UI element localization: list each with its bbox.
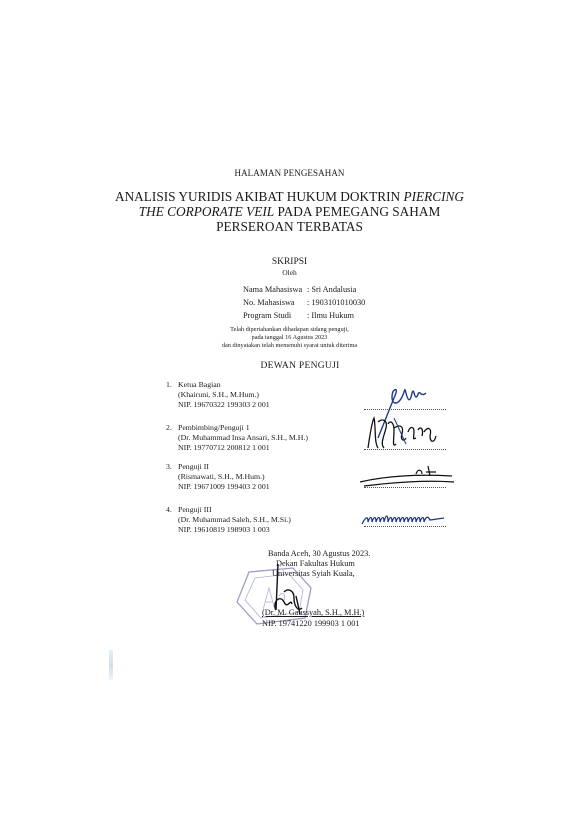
by-label: Oleh bbox=[0, 268, 579, 277]
institution: Universitas Syiah Kuala, bbox=[268, 569, 370, 579]
signature-4-icon bbox=[358, 510, 458, 530]
dean-position: Dekan Fakultas Hukum bbox=[268, 559, 370, 569]
student-name: : Sri Andalusia bbox=[307, 285, 356, 294]
dean-nip: NIP. 19741220 199903 1 001 bbox=[262, 619, 360, 628]
student-name-row: Nama Mahasiswa: Sri Andalusia bbox=[243, 285, 356, 294]
closing-block: Banda Aceh, 30 Agustus 2023. Dekan Fakul… bbox=[268, 549, 370, 579]
page-heading: HALAMAN PENGESAHAN bbox=[0, 168, 579, 178]
student-number-row: No. Mahasiswa: 1903101010030 bbox=[243, 298, 365, 307]
examiner-role: Penguji III bbox=[178, 505, 291, 515]
board-title: DEWAN PENGUJI bbox=[0, 361, 579, 371]
examiner-nip: NIP. 19670322 199303 2 001 bbox=[178, 400, 270, 410]
title-line-2: THE CORPORATE VEIL PADA PEMEGANG SAHAM bbox=[0, 204, 579, 219]
examiner-role: Penguji II bbox=[178, 462, 270, 472]
field-label: No. Mahasiswa bbox=[243, 298, 307, 307]
examiner-nip: NIP. 19770712 200812 1 001 bbox=[178, 443, 308, 453]
title-line-1: ANALISIS YURIDIS AKIBAT HUKUM DOKTRIN PI… bbox=[0, 189, 579, 204]
examiner-nip: NIP. 19671009 199403 2 001 bbox=[178, 482, 270, 492]
field-label: Program Studi bbox=[243, 311, 307, 320]
title-line-3: PERSEROAN TERBATAS bbox=[0, 219, 579, 234]
signature-3-icon bbox=[356, 462, 456, 492]
thesis-title: ANALISIS YURIDIS AKIBAT HUKUM DOKTRIN PI… bbox=[0, 189, 579, 234]
examiner-role: Ketua Bagian bbox=[178, 380, 270, 390]
signature-2-icon bbox=[364, 414, 454, 454]
examiner-1: 1. Ketua Bagian (Khairuni, S.H., M.Hum.)… bbox=[178, 380, 270, 410]
examiner-role: Pembimbing/Penguji 1 bbox=[178, 423, 308, 433]
study-program: : Ilmu Hukum bbox=[307, 311, 354, 320]
defense-note: Telah dipertahankan dihadapan sidang pen… bbox=[0, 326, 579, 350]
examiner-name: (Khairuni, S.H., M.Hum.) bbox=[178, 390, 270, 400]
document-type: SKRIPSI bbox=[0, 257, 579, 267]
examiner-name: (Dr. Muhammad Insa Ansari, S.H., M.H.) bbox=[178, 433, 308, 443]
examiner-2: 2. Pembimbing/Penguji 1 (Dr. Muhammad In… bbox=[178, 423, 308, 453]
student-number: : 1903101010030 bbox=[307, 298, 365, 307]
field-label: Nama Mahasiswa bbox=[243, 285, 307, 294]
examiner-name: (Dr. Muhammad Saleh, S.H., M.Si.) bbox=[178, 515, 291, 525]
place-date: Banda Aceh, 30 Agustus 2023. bbox=[268, 549, 370, 559]
scan-smudge bbox=[109, 650, 113, 680]
examiner-nip: NIP. 19610819 198903 1 003 bbox=[178, 525, 291, 535]
examiner-4: 4. Penguji III (Dr. Muhammad Saleh, S.H.… bbox=[178, 505, 291, 535]
study-program-row: Program Studi: Ilmu Hukum bbox=[243, 311, 354, 320]
examiner-name: (Rismawati, S.H., M.Hum.) bbox=[178, 472, 270, 482]
dean-name: (Dr. M. Gaussyah, S.H., M.H.) bbox=[262, 608, 364, 617]
examiner-3: 3. Penguji II (Rismawati, S.H., M.Hum.) … bbox=[178, 462, 270, 492]
